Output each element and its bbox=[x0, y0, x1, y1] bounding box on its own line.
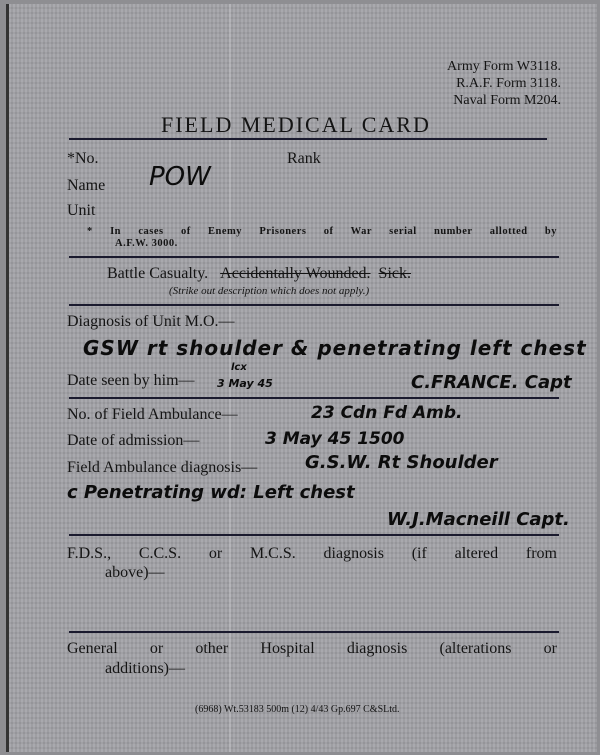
raf-form-id: R.A.F. Form 3118. bbox=[447, 75, 561, 92]
fa-diagnosis-value-line1: G.S.W. Rt Shoulder bbox=[305, 452, 498, 473]
fds-diagnosis-label-line2: above)— bbox=[105, 564, 165, 582]
print-footer: (6968) Wt.53183 500m (12) 4/43 Gp.697 C&… bbox=[195, 704, 400, 715]
admission-date-value: 3 May 45 1500 bbox=[265, 429, 405, 449]
unit-mo-signature: C.FRANCE. Capt bbox=[411, 372, 572, 393]
field-ambulance-no-value: 23 Cdn Fd Amb. bbox=[311, 403, 462, 423]
casualty-type: Battle Casualty. Accidentally Wounded. S… bbox=[107, 265, 411, 283]
pow-footnote: * In cases of Enemy Prisoners of War ser… bbox=[87, 226, 557, 237]
sick-struck: Sick. bbox=[379, 265, 411, 282]
army-form-id: Army Form W3118. bbox=[447, 58, 561, 75]
unit-mo-diagnosis-label: Diagnosis of Unit M.O.— bbox=[67, 313, 235, 331]
admission-date-label: Date of admission— bbox=[67, 432, 199, 450]
card-title: FIELD MEDICAL CARD bbox=[161, 112, 431, 138]
rank-label: Rank bbox=[287, 150, 321, 168]
pow-footnote-line2: A.F.W. 3000. bbox=[115, 238, 178, 249]
divider bbox=[69, 138, 547, 140]
date-seen-value: 3 May 45 bbox=[217, 377, 273, 390]
no-label: *No. bbox=[67, 150, 99, 168]
date-seen-label: Date seen by him— bbox=[67, 372, 195, 390]
unit-mo-diagnosis-value: GSW rt shoulder & penetrating left chest bbox=[83, 336, 587, 360]
divider bbox=[69, 397, 559, 399]
unit-label: Unit bbox=[67, 202, 95, 220]
form-identifiers: Army Form W3118. R.A.F. Form 3118. Naval… bbox=[447, 58, 561, 109]
hospital-diagnosis-label: General or other Hospital diagnosis (alt… bbox=[67, 640, 557, 658]
battle-casualty: Battle Casualty. bbox=[107, 265, 208, 282]
divider bbox=[69, 631, 559, 633]
naval-form-id: Naval Form M204. bbox=[447, 92, 561, 109]
divider bbox=[69, 256, 559, 258]
hospital-diagnosis-label-line2: additions)— bbox=[105, 660, 185, 678]
divider bbox=[69, 304, 559, 306]
accidentally-wounded-struck: Accidentally Wounded. bbox=[220, 265, 370, 282]
field-ambulance-no-label: No. of Field Ambulance— bbox=[67, 406, 238, 424]
field-medical-card: Army Form W3118. R.A.F. Form 3118. Naval… bbox=[6, 4, 597, 752]
date-seen-note: lcx bbox=[231, 362, 247, 373]
divider bbox=[69, 534, 559, 536]
name-label: Name bbox=[67, 177, 105, 195]
fa-diagnosis-label: Field Ambulance diagnosis— bbox=[67, 459, 257, 477]
fa-diagnosis-value-line2: c Penetrating wd: Left chest bbox=[67, 482, 355, 503]
fds-diagnosis-label: F.D.S., C.C.S. or M.C.S. diagnosis (if a… bbox=[67, 545, 557, 563]
name-value: POW bbox=[149, 162, 211, 192]
fa-signature: W.J.Macneill Capt. bbox=[387, 509, 570, 530]
strike-out-note: (Strike out description which does not a… bbox=[169, 285, 369, 297]
